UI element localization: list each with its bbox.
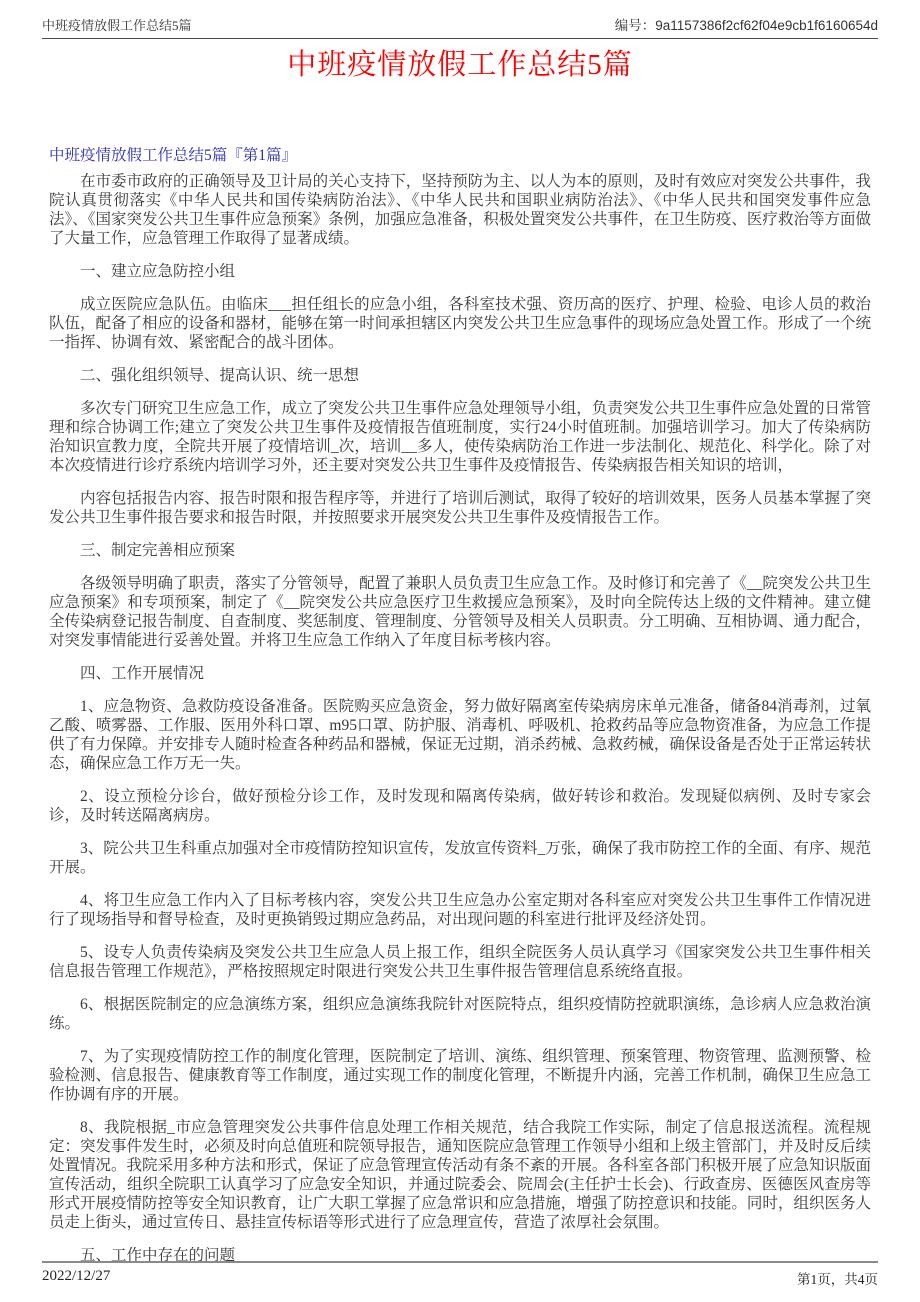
header-doc-title: 中班疫情放假工作总结5篇 — [42, 15, 192, 34]
body-paragraph: 4、将卫生应急工作内入了目标考核内容，突发公共卫生应急办公室定期对各科室应对突发… — [49, 891, 871, 929]
section-heading: 四、工作开展情况 — [49, 664, 871, 683]
body-paragraph: 成立医院应急队伍。由临床___担任组长的应急小组，各科室技术强、资历高的医疗、护… — [49, 295, 871, 352]
document-body: 在市委市政府的正确领导及卫计局的关心支持下，坚持预防为主、以人为本的原则，及时有… — [49, 172, 871, 1279]
document-page: 中班疫情放假工作总结5篇 编号：9a1157386f2cf62f04e9cb1f… — [0, 0, 920, 1302]
footer-page-indicator: 第1页，共4页 — [797, 1268, 878, 1288]
section-subtitle: 中班疫情放假工作总结5篇『第1篇』 — [49, 143, 297, 165]
body-paragraph: 7、为了实现疫情防控工作的制度化管理，医院制定了培训、演练、组织管理、预案管理、… — [49, 1047, 871, 1104]
body-paragraph: 3、院公共卫生科重点加强对全市疫情防控知识宣传，发放宣传资料_万张，确保了我市防… — [49, 839, 871, 877]
body-paragraph: 5、设专人负责传染病及突发公共卫生应急人员上报工作，组织全院医务人员认真学习《国… — [49, 943, 871, 981]
section-heading: 二、强化组织领导、提高认识、统一思想 — [49, 366, 871, 385]
body-paragraph: 1、应急物资、急救防疫设备准备。医院购买应急资金，努力做好隔离室传染病房床单元准… — [49, 697, 871, 773]
body-paragraph: 6、根据医院制定的应急演练方案，组织应急演练我院针对医院特点，组织疫情防控就职演… — [49, 995, 871, 1033]
page-footer: 2022/12/27 第1页，共4页 — [42, 1261, 878, 1288]
body-paragraph: 各级领导明确了职责，落实了分管领导，配置了兼职人员负责卫生应急工作。及时修订和完… — [49, 574, 871, 650]
section-heading: 三、制定完善相应预案 — [49, 541, 871, 560]
body-paragraph: 2、设立预检分诊台，做好预检分诊工作，及时发现和隔离传染病，做好转诊和救治。发现… — [49, 787, 871, 825]
body-paragraph: 多次专门研究卫生应急工作，成立了突发公共卫生事件应急处理领导小组，负责突发公共卫… — [49, 399, 871, 475]
page-header: 中班疫情放假工作总结5篇 编号：9a1157386f2cf62f04e9cb1f… — [42, 14, 878, 39]
body-paragraph: 8、我院根据_市应急管理突发公共事件信息处理工作相关规范，结合我院工作实际，制定… — [49, 1118, 871, 1232]
document-title: 中班疫情放假工作总结5篇 — [0, 42, 920, 83]
body-paragraph: 在市委市政府的正确领导及卫计局的关心支持下，坚持预防为主、以人为本的原则，及时有… — [49, 172, 871, 248]
section-heading: 一、建立应急防控小组 — [49, 262, 871, 281]
footer-date: 2022/12/27 — [42, 1268, 110, 1285]
header-doc-number: 编号：9a1157386f2cf62f04e9cb1f6160654d — [615, 14, 878, 34]
body-paragraph: 内容包括报告内容、报告时限和报告程序等，并进行了培训后测试，取得了较好的培训效果… — [49, 489, 871, 527]
